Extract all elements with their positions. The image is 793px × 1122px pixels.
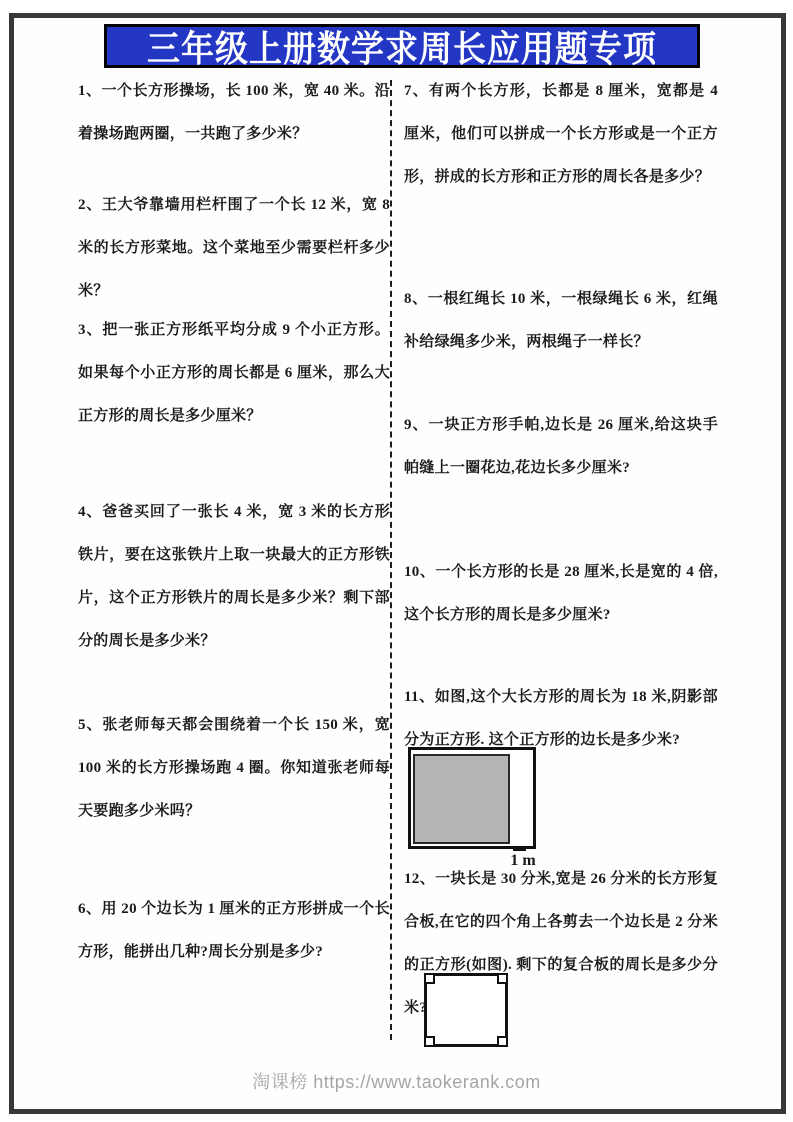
problem-5: 5、张老师每天都会围绕着一个长 150 米，宽 100 米的长方形操场跑 4 圈…	[78, 704, 390, 833]
column-divider-line	[390, 80, 392, 1040]
width-tick-mark	[513, 847, 526, 851]
problem-3: 3、把一张正方形纸平均分成 9 个小正方形。如果每个小正方形的周长都是 6 厘米…	[78, 309, 390, 438]
cut-corner-bottom-right	[497, 1036, 508, 1047]
page-title: 三年级上册数学求周长应用题专项	[147, 21, 657, 72]
problem-4: 4、爸爸买回了一张长 4 米，宽 3 米的长方形铁片，要在这张铁片上取一块最大的…	[78, 491, 390, 663]
problem-10: 10、一个长方形的长是 28 厘米,长是宽的 4 倍,这个长方形的周长是多少厘米…	[404, 551, 718, 637]
problem-11-figure-rectangle: 1 m	[408, 747, 536, 849]
title-banner: 三年级上册数学求周长应用题专项	[104, 24, 700, 68]
problem-12-figure-board	[424, 973, 508, 1047]
cut-corner-top-left	[424, 973, 435, 984]
problem-1: 1、一个长方形操场，长 100 米，宽 40 米。沿着操场跑两圈，一共跑了多少米…	[78, 70, 390, 156]
problem-6: 6、用 20 个边长为 1 厘米的正方形拼成一个长方形，能拼出几种?周长分别是多…	[78, 888, 390, 974]
shaded-square	[413, 754, 510, 844]
watermark-text: 淘课榜 https://www.taokerank.com	[0, 1068, 793, 1094]
problem-7: 7、有两个长方形，长都是 8 厘米，宽都是 4 厘米，他们可以拼成一个长方形或是…	[404, 70, 718, 199]
problem-2: 2、王大爷靠墙用栏杆围了一个长 12 米，宽 8 米的长方形菜地。这个菜地至少需…	[78, 184, 390, 313]
problem-8: 8、一根红绳长 10 米，一根绿绳长 6 米，红绳补给绿绳多少米，两根绳子一样长…	[404, 278, 718, 364]
problem-9: 9、一块正方形手帕,边长是 26 厘米,给这块手帕缝上一圈花边,花边长多少厘米?	[404, 404, 718, 490]
cut-corner-top-right	[497, 973, 508, 984]
strip-width-label: 1 m	[497, 852, 549, 870]
cut-corner-bottom-left	[424, 1036, 435, 1047]
